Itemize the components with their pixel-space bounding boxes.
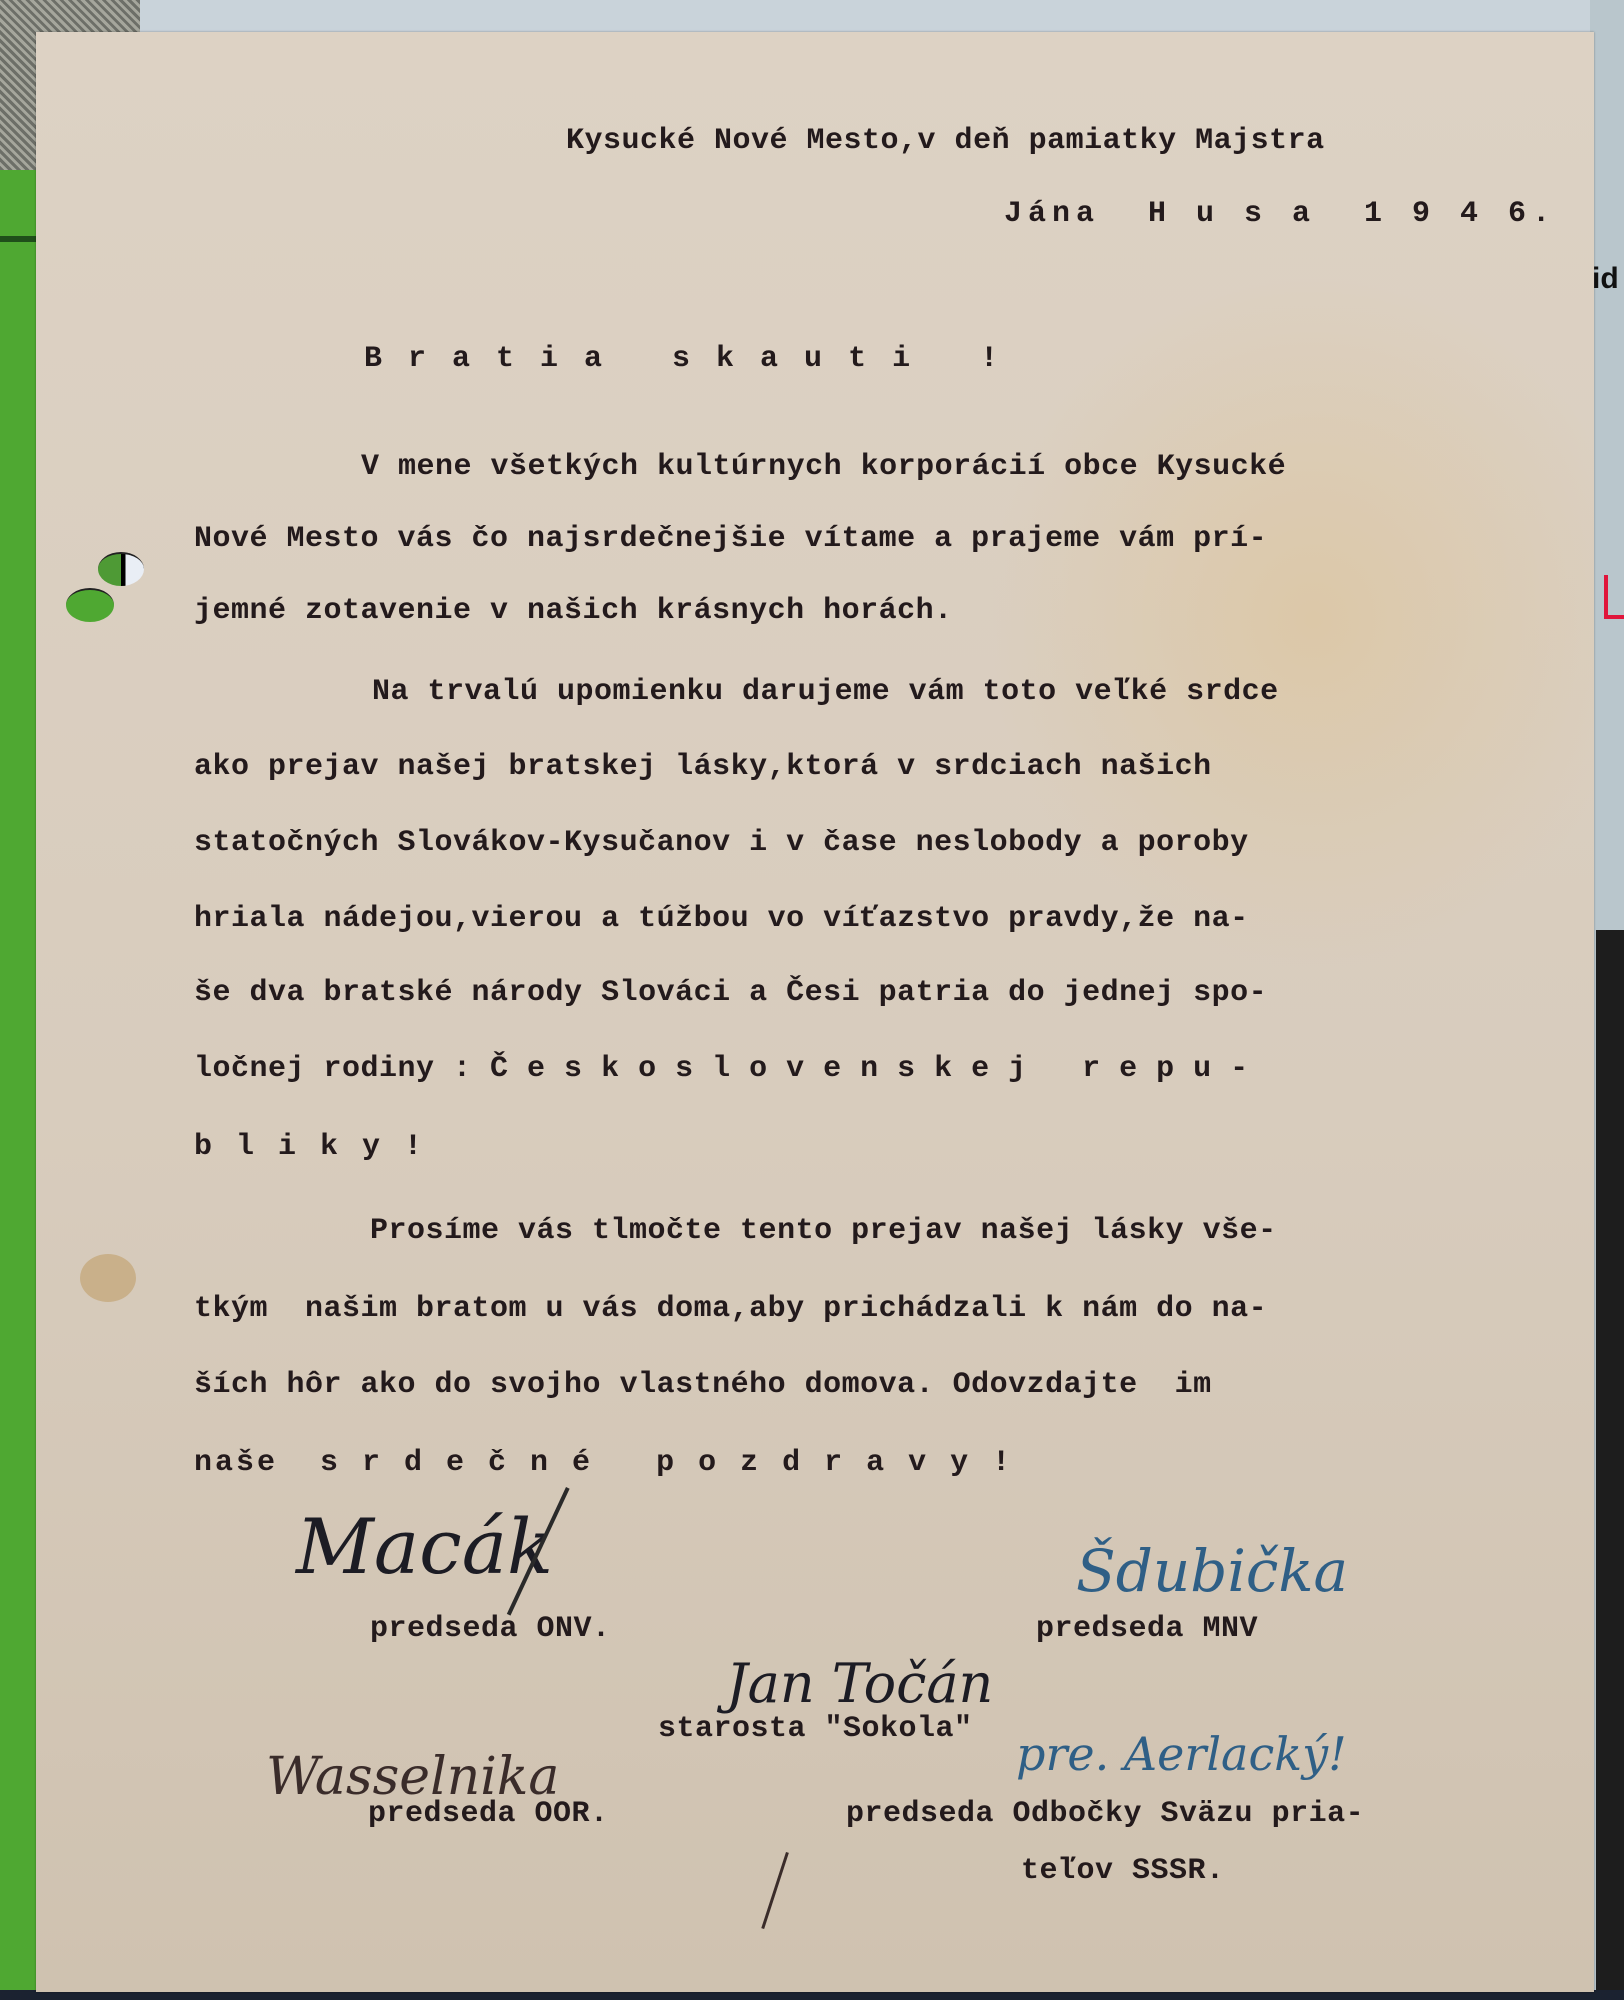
signature-onv: Macák xyxy=(296,1502,553,1591)
body-line: hriala nádejou,vierou a túžbou vo víťazs… xyxy=(194,902,1249,936)
background-print-text: id xyxy=(1592,262,1619,296)
signature-sssr: pre. Aerlacký! xyxy=(1016,1727,1347,1781)
green-folder xyxy=(0,170,40,2000)
body-line: še dva bratské národy Slováci a Česi pat… xyxy=(194,976,1267,1010)
background-right-dark xyxy=(1596,930,1624,2000)
salutation: B r a t i a s k a u t i ! xyxy=(364,342,1002,376)
body-line: jemné zotavenie v našich krásnych horách… xyxy=(194,594,953,628)
signatory-title-mnv: predseda MNV xyxy=(1036,1612,1258,1646)
body-line: ako prejav našej bratskej lásky,ktorá v … xyxy=(194,750,1212,784)
punch-hole xyxy=(98,552,144,586)
body-line: Prosíme vás tlmočte tento prejav našej l… xyxy=(370,1214,1277,1248)
signatory-title-oor: predseda OOR. xyxy=(368,1797,609,1831)
body-line: Nové Mesto vás čo najsrdečnejšie vítame … xyxy=(194,522,1267,556)
background-red-mark xyxy=(1604,575,1624,619)
signatory-title-sokol: starosta "Sokola" xyxy=(658,1712,973,1746)
signature-tail xyxy=(761,1852,789,1929)
header-date: Jána H u s a 1 9 4 6. xyxy=(1004,197,1556,231)
body-line: ločnej rodiny : Č e s k o s l o v e n s … xyxy=(194,1052,1249,1086)
body-line: tkým našim bratom u vás doma,aby prichád… xyxy=(194,1292,1267,1326)
body-line: b l i k y ! xyxy=(194,1130,425,1164)
signature-mnv: Šdubička xyxy=(1076,1537,1348,1605)
body-line: V mene všetkých kultúrnych korporácií ob… xyxy=(361,450,1286,484)
body-line: ších hôr ako do svojho vlastného domova.… xyxy=(194,1368,1212,1402)
signatory-title-sssr-line1: predseda Odbočky Sväzu pria- xyxy=(846,1797,1364,1831)
signatory-title-onv: predseda ONV. xyxy=(370,1612,611,1646)
body-line: naše s r d e č n é p o z d r a v y ! xyxy=(194,1446,1013,1480)
background-top xyxy=(140,0,1624,34)
letter-paper: Kysucké Nové Mesto,v deň pamiatky Majstr… xyxy=(36,32,1594,1992)
punch-hole xyxy=(66,588,114,622)
body-line: statočných Slovákov-Kysučanov i v čase n… xyxy=(194,826,1249,860)
punch-hole-stain xyxy=(80,1254,136,1302)
body-line: Na trvalú upomienku darujeme vám toto ve… xyxy=(372,675,1279,709)
folder-edge-line xyxy=(0,236,36,242)
signature-sokol: Jan Točán xyxy=(726,1652,993,1715)
signatory-title-sssr-line2: teľov SSSR. xyxy=(1021,1854,1225,1888)
header-place-date: Kysucké Nové Mesto,v deň pamiatky Majstr… xyxy=(566,124,1325,158)
